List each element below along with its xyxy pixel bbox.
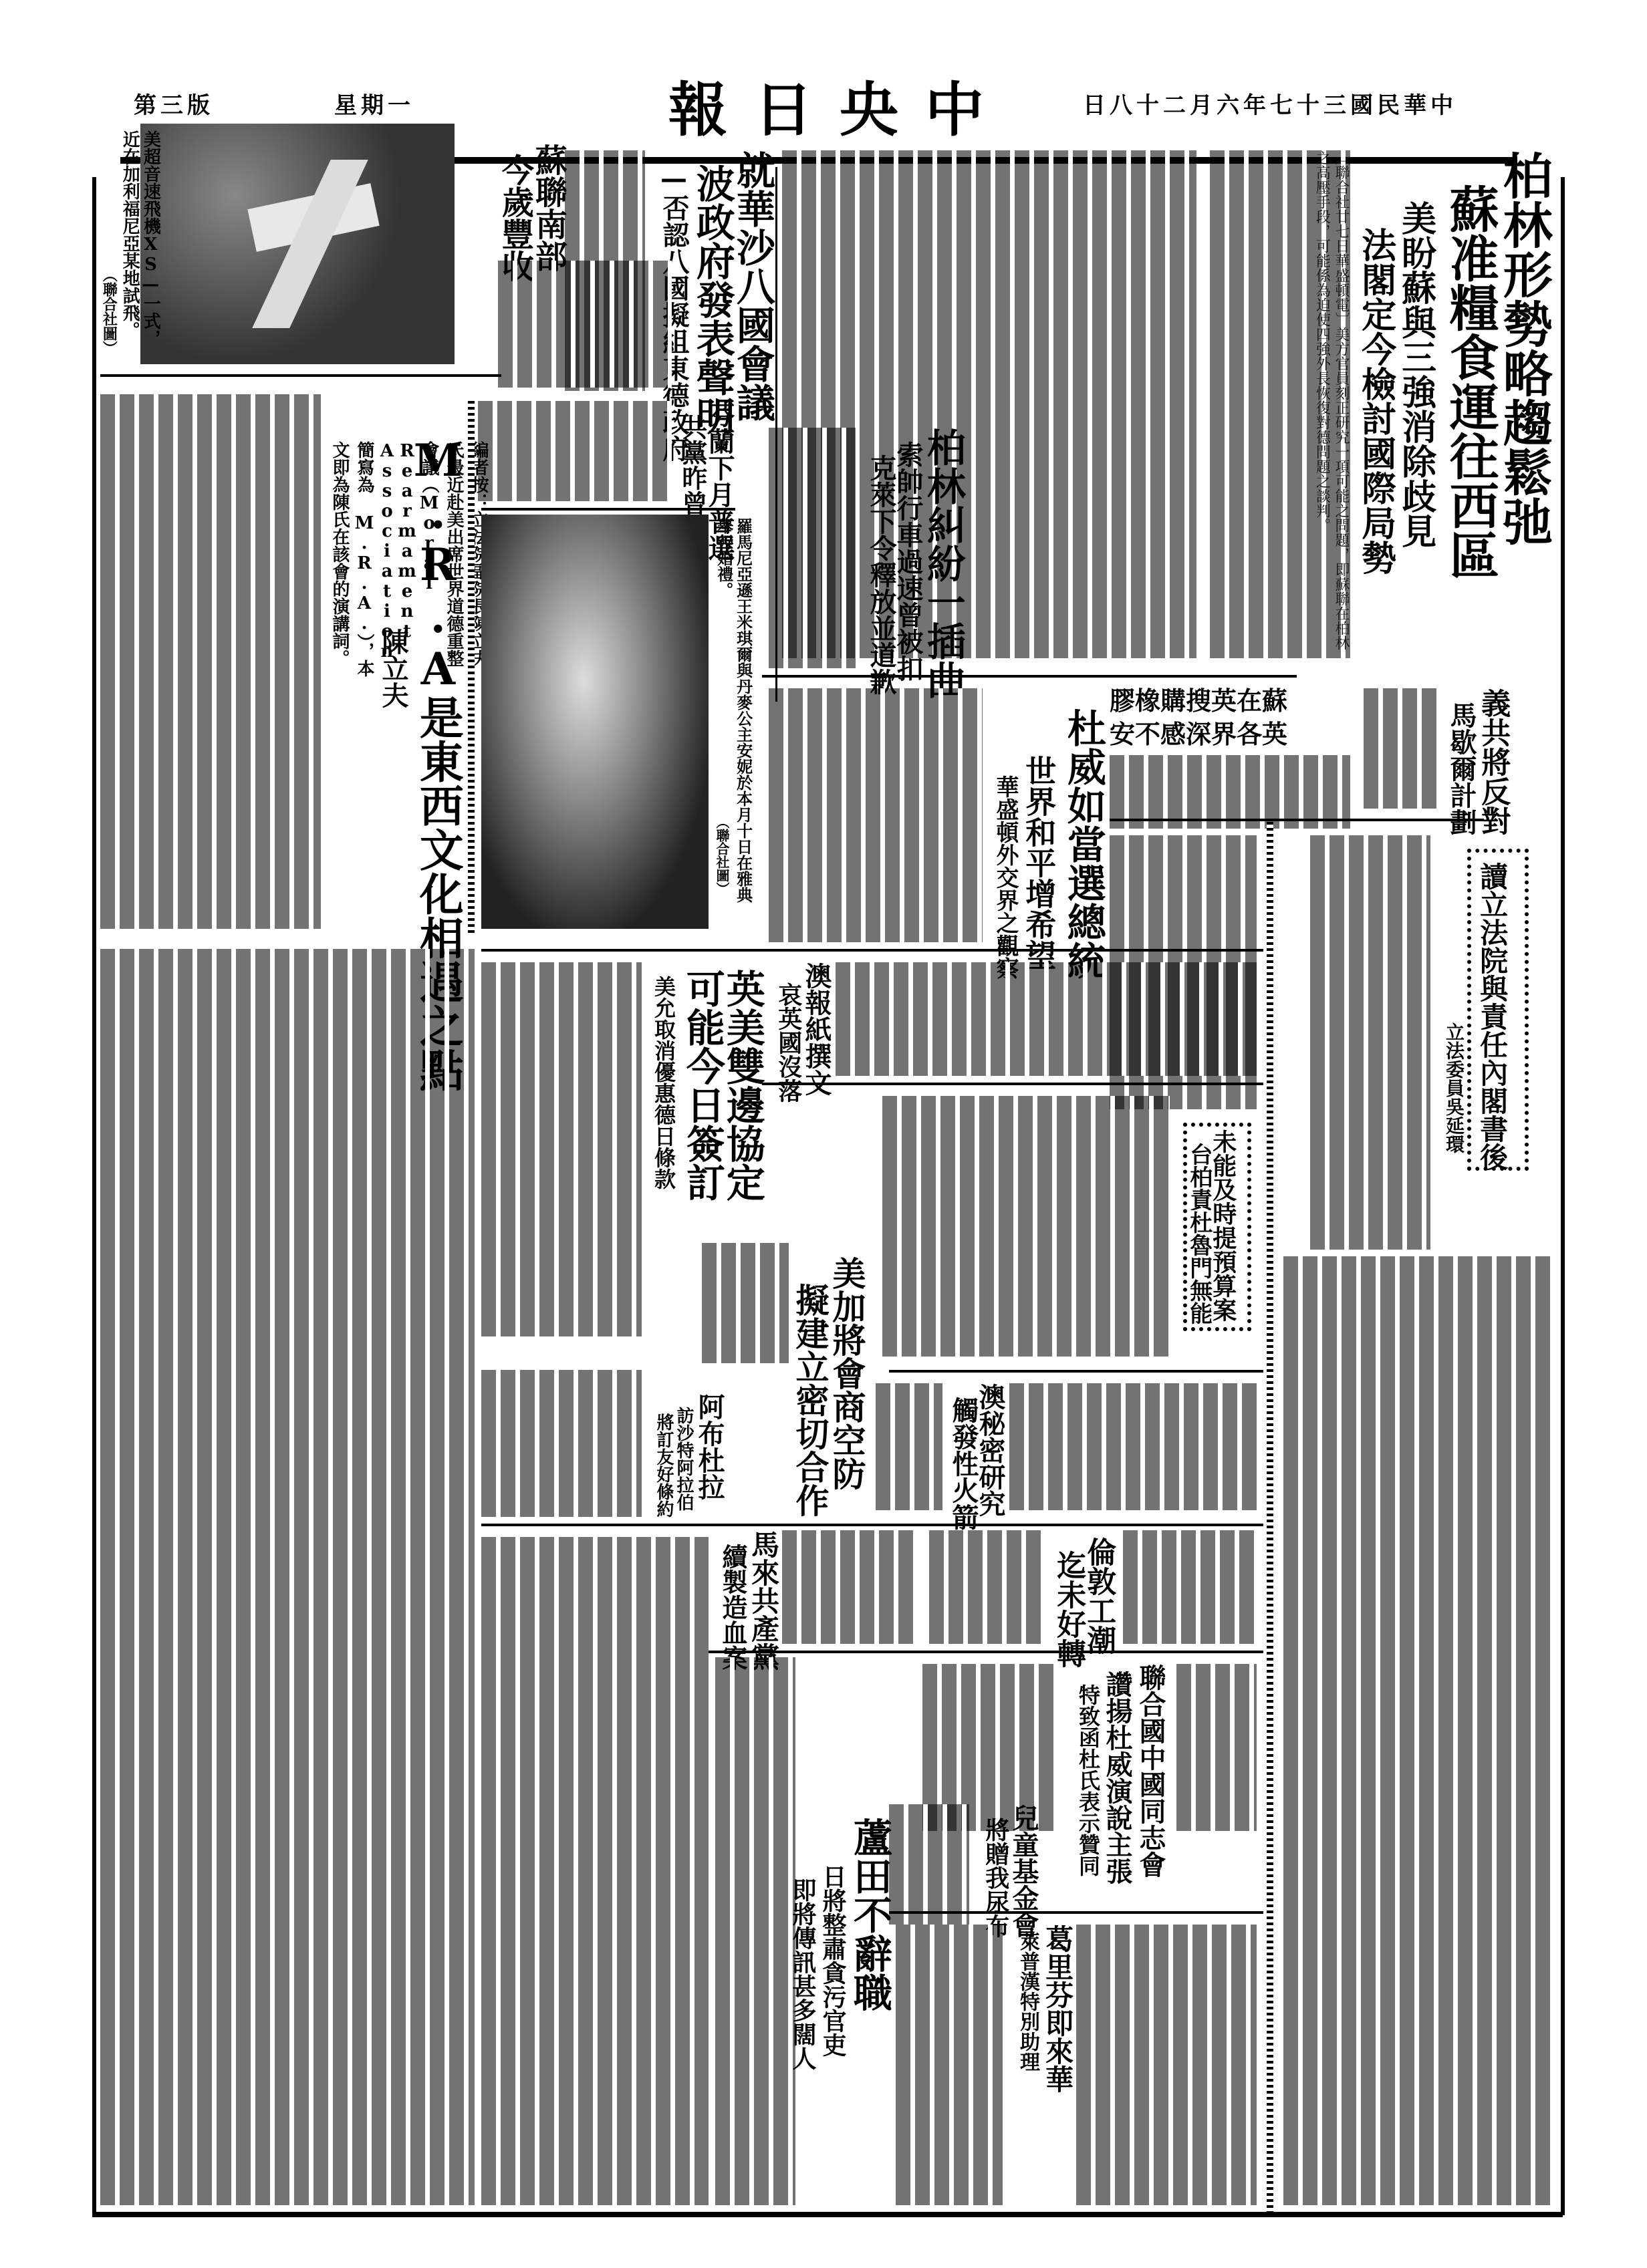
page-border-bottom xyxy=(92,2212,1563,2217)
headline: 蘆田不辭職 xyxy=(849,1818,890,2011)
headline: 英美雙邊協定 xyxy=(722,969,763,1201)
article-body-continued xyxy=(100,949,475,2205)
section-rule xyxy=(481,508,735,511)
headline: 馬來共產黨 xyxy=(749,1530,778,1671)
headline: 就華沙八國會議 xyxy=(732,150,773,422)
article-body-continued xyxy=(1283,1256,1551,2205)
article-body xyxy=(769,688,983,942)
article-body xyxy=(481,962,642,1336)
subheadline: 克萊下令釋放並道歉 xyxy=(862,454,900,695)
headline: 美加將會商空防 xyxy=(829,1256,864,1490)
section-rule xyxy=(762,675,1297,678)
wavy-divider xyxy=(1267,822,1273,2212)
headline: 波政府發表聲明 xyxy=(692,164,733,435)
headline: 蘇在英搜購橡膠 xyxy=(1110,688,1287,715)
headline: 未能及時提預算案 xyxy=(1210,1129,1235,1322)
subheadline: 美允取消優惠德日條款 xyxy=(648,976,679,1189)
photo-credit: （聯合社圖） xyxy=(714,815,730,895)
article-body xyxy=(478,401,672,501)
article-body xyxy=(882,1096,1170,1357)
article-body xyxy=(889,1804,969,1925)
section-rule xyxy=(481,949,1263,952)
headline: 將贈我尿布 xyxy=(983,1818,1008,1938)
plane-photo xyxy=(140,124,455,364)
article-body xyxy=(702,1243,789,1363)
article-body-continued xyxy=(1176,1664,1257,1831)
headline: 義共將反對 xyxy=(1477,688,1508,835)
section-rule xyxy=(1110,819,1484,821)
article-body xyxy=(769,428,856,668)
editor-note: 編者按：立法院副院長陳立夫氏最近赴美出席世界道德重整會議（Moral Rearm… xyxy=(328,441,491,682)
section-rule xyxy=(762,1083,1263,1085)
headline: 柏林糾紛一插曲 xyxy=(922,428,963,699)
byline: 立法委員吳延環 xyxy=(1440,1022,1467,1153)
headline: 蘇准糧食運往西區 xyxy=(1444,184,1496,579)
article-body-continued xyxy=(1009,1383,1257,1510)
article-body xyxy=(876,1383,942,1510)
subheadline: 世界和平增希望 xyxy=(1023,755,1055,970)
article-body xyxy=(836,962,1257,1076)
subheadline: 日將整肅貪污官吏 xyxy=(815,1864,850,2057)
subheadline: 萊普漢特別助理 xyxy=(1013,1931,1042,2072)
section-rule xyxy=(709,1651,1263,1653)
headline: 柏林形勢略趨鬆弛 xyxy=(1497,150,1549,546)
article-body-continued xyxy=(1076,1925,1257,2205)
wavy-divider xyxy=(468,401,475,936)
section-rule xyxy=(889,1370,1263,1373)
headline: 兒童基金會 xyxy=(1009,1804,1037,1938)
headline: 澳秘密研究 xyxy=(976,1383,1004,1517)
headline: 澳報紙撰文 xyxy=(802,962,830,1096)
photo-caption: 美超音速飛機XS—一式，近在加利福尼亞某地試飛。 xyxy=(119,130,160,358)
article-body xyxy=(929,1530,1043,1644)
subheadline: 美盼蘇與三強消除歧見 xyxy=(1397,200,1434,548)
headline: 聯合國中國同志會 xyxy=(1136,1664,1164,1878)
page-border-left xyxy=(92,177,96,2215)
weekday-label: 星期一 xyxy=(334,87,414,120)
article-body xyxy=(498,261,672,388)
article-body: 〔聯合社廿七日華盛頓電〕美方官員刻正研究一項可能之問題，即蘇聯在柏林之高壓手段，… xyxy=(1210,150,1350,658)
headline: 馬歇爾計劃 xyxy=(1447,702,1475,835)
photo-credit: （聯合社圖） xyxy=(100,267,118,356)
article-body xyxy=(896,1925,1003,2205)
article-body xyxy=(715,1657,795,2205)
headline: 阿布杜拉 xyxy=(695,1393,723,1500)
headline: 蘇聯南部 xyxy=(531,144,565,272)
issue-date: 中華民國三十七年六月二十八日 xyxy=(1083,87,1457,120)
wedding-photo xyxy=(481,515,709,929)
subheadline: 特致函杜氏表示贊同 xyxy=(1073,1684,1104,1876)
headline: 英各界深感不安 xyxy=(1110,722,1287,748)
headline: 台柏責杜魯門無能 xyxy=(1186,1143,1211,1324)
article-body xyxy=(782,1530,916,1644)
article-body xyxy=(100,394,321,929)
article-body-continued xyxy=(1123,1530,1257,1644)
subheadline: 法閣定今檢討國際局勢 xyxy=(1357,227,1394,575)
headline: 倫敦工潮 xyxy=(1083,1537,1114,1655)
article-body xyxy=(1310,835,1430,1250)
headline: 擬建立密切合作 xyxy=(792,1283,828,1517)
section-rule xyxy=(481,1524,1263,1526)
paper-name: 中央日報 xyxy=(668,63,1011,148)
section-rule xyxy=(889,1911,1263,1914)
headline: 葛里芬即來華 xyxy=(1043,1925,1072,2093)
article-body-continued xyxy=(481,1537,709,2205)
section-rule xyxy=(100,374,501,377)
headline: 杜威如當選總統 xyxy=(1063,708,1104,980)
headline: 可能今日簽訂 xyxy=(682,969,723,1201)
article-body xyxy=(1110,755,1350,829)
headline: 觸發性火箭 xyxy=(949,1397,977,1530)
subheadline: 將訂友好條約 xyxy=(652,1413,676,1518)
page-border-right xyxy=(1561,177,1565,2215)
edition-label: 第三版 xyxy=(134,87,214,120)
article-body xyxy=(1364,688,1437,809)
headline: 讀立法院與責任內閣書後 xyxy=(1477,862,1507,1171)
article-body xyxy=(481,1370,642,1517)
headline: 讚揚杜威演說主張 xyxy=(1103,1671,1131,1884)
